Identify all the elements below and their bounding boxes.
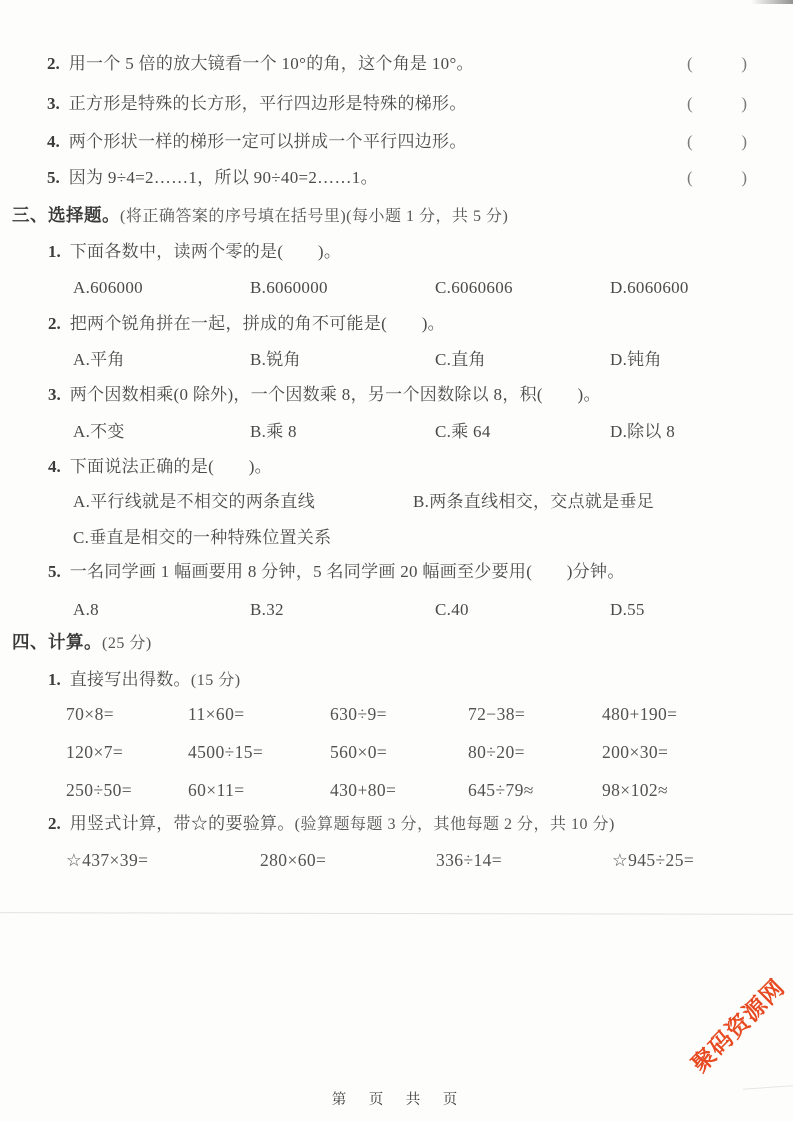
option-b: B.两条直线相交，交点就是垂足: [413, 490, 654, 514]
calc-expression-starred: ☆945÷25=: [612, 848, 694, 872]
mc-question-2-stem: 2.把两个锐角拼在一起，拼成的角不可能是( )。: [0, 312, 793, 336]
option-a: A.8: [73, 598, 99, 622]
question-number: 3.: [48, 385, 61, 404]
calc-subsection-1-header: 1.直接写出得数。(15 分): [0, 668, 793, 693]
paren-open: (: [687, 92, 693, 116]
question-stem: 下面说法正确的是( )。: [70, 457, 272, 476]
paren-close: ): [741, 92, 747, 116]
subsection-title: 直接写出得数。: [70, 670, 191, 689]
calc-expression: 645÷79≈: [468, 778, 534, 802]
option-c: C.直角: [435, 348, 486, 372]
question-number: 1.: [48, 242, 61, 261]
question-text: 因为 9÷4=2……1，所以 90÷40=2……1。: [69, 168, 378, 187]
calc-expression: 120×7=: [66, 740, 123, 764]
calc-expression: 336÷14=: [436, 848, 502, 872]
calc-expression: 60×11=: [188, 778, 245, 802]
subsection-note: (15 分): [191, 672, 241, 689]
section-4-header: 四、计算。(25 分): [0, 630, 793, 656]
option-c: C.40: [435, 598, 469, 622]
question-stem: 两个因数相乘(0 除外)，一个因数乘 8，另一个因数除以 8，积( )。: [70, 385, 601, 404]
option-a: A.平行线就是不相交的两条直线: [73, 490, 315, 514]
answer-brackets: (): [687, 92, 747, 116]
subsection-number: 2.: [48, 814, 61, 833]
option-d: D.钝角: [610, 348, 662, 372]
calc-expression: 80÷20=: [468, 740, 525, 764]
scan-artifact-line: [0, 912, 793, 915]
true-false-question-3: 3.正方形是特殊的长方形，平行四边形是特殊的梯形。 (): [0, 92, 793, 116]
calc-expression: 560×0=: [330, 740, 387, 764]
paren-close: ): [741, 130, 747, 154]
mc-question-5-stem: 5.一名同学画 1 幅画要用 8 分钟，5 名同学画 20 幅画至少要用( )分…: [0, 560, 793, 584]
calc-expression: 630÷9=: [330, 702, 387, 726]
question-text: 正方形是特殊的长方形，平行四边形是特殊的梯形。: [69, 94, 467, 113]
calc-expression: 250÷50=: [66, 778, 132, 802]
calc-expression: 4500÷15=: [188, 740, 263, 764]
answer-brackets: (): [687, 130, 747, 154]
calc-expression: 11×60=: [188, 702, 245, 726]
subsection-note: (验算题每题 3 分，其他每题 2 分，共 10 分): [295, 816, 615, 833]
calc-expression: 280×60=: [260, 848, 326, 872]
question-number: 4.: [47, 132, 60, 151]
paren-open: (: [687, 52, 693, 76]
option-d: D.除以 8: [610, 420, 675, 444]
paren-close: ): [741, 52, 747, 76]
true-false-question-4: 4.两个形状一样的梯形一定可以拼成一个平行四边形。 (): [0, 130, 793, 154]
calc-expression: 430+80=: [330, 778, 396, 802]
option-b: B.乘 8: [250, 420, 297, 444]
option-a: A.606000: [73, 276, 143, 300]
question-text: 用一个 5 倍的放大镜看一个 10°的角，这个角是 10°。: [69, 54, 474, 73]
option-c: C.6060606: [435, 276, 513, 300]
option-a: A.不变: [73, 420, 125, 444]
calc-expression: 98×102≈: [602, 778, 668, 802]
section-note: (将正确答案的序号填在括号里)(每小题 1 分，共 5 分): [120, 208, 508, 225]
section-note: (25 分): [102, 635, 152, 652]
calc-expression: 200×30=: [602, 740, 668, 764]
question-number: 2.: [48, 314, 61, 333]
calc-expression: 480+190=: [602, 702, 677, 726]
answer-brackets: (): [687, 166, 747, 190]
option-b: B.锐角: [250, 348, 301, 372]
calc-expression: 70×8=: [66, 702, 114, 726]
option-b: B.32: [250, 598, 284, 622]
mc-question-3-stem: 3.两个因数相乘(0 除外)，一个因数乘 8，另一个因数除以 8，积( )。: [0, 383, 793, 407]
subsection-number: 1.: [48, 670, 61, 689]
option-a: A.平角: [73, 348, 125, 372]
scan-corner-smudge: [751, 0, 793, 4]
question-number: 3.: [47, 94, 60, 113]
watermark-stamp: 聚码资源网: [679, 967, 793, 1082]
option-c: C.垂直是相交的一种特殊位置关系: [73, 526, 331, 550]
option-d: D.55: [610, 598, 645, 622]
question-stem: 下面各数中，读两个零的是( )。: [70, 242, 341, 261]
question-number: 2.: [47, 54, 60, 73]
calc-subsection-2-header: 2.用竖式计算，带☆的要验算。(验算题每题 3 分，其他每题 2 分，共 10 …: [0, 812, 793, 837]
subsection-title: 用竖式计算，带☆的要验算。: [70, 814, 295, 833]
section-title: 三、选择题。: [12, 205, 120, 225]
question-number: 5.: [48, 562, 61, 581]
question-stem: 一名同学画 1 幅画要用 8 分钟，5 名同学画 20 幅画至少要用( )分钟。: [70, 562, 625, 581]
option-c: C.乘 64: [435, 420, 491, 444]
question-number: 5.: [47, 168, 60, 187]
true-false-question-5: 5.因为 9÷4=2……1，所以 90÷40=2……1。 (): [0, 166, 793, 190]
question-text: 两个形状一样的梯形一定可以拼成一个平行四边形。: [69, 132, 467, 151]
section-title: 四、计算。: [12, 632, 102, 652]
option-d: D.6060600: [610, 276, 689, 300]
mc-question-1-stem: 1.下面各数中，读两个零的是( )。: [0, 240, 793, 264]
exam-paper-page: 2.用一个 5 倍的放大镜看一个 10°的角，这个角是 10°。 () 3.正方…: [0, 0, 793, 1122]
answer-brackets: (): [687, 52, 747, 76]
paren-open: (: [687, 130, 693, 154]
page-footer: 第 页 共 页: [0, 1088, 793, 1109]
calc-expression-starred: ☆437×39=: [66, 848, 148, 872]
mc-question-4-stem: 4.下面说法正确的是( )。: [0, 455, 793, 479]
question-number: 4.: [48, 457, 61, 476]
paren-close: ): [741, 166, 747, 190]
option-b: B.6060000: [250, 276, 328, 300]
calc-expression: 72−38=: [468, 702, 525, 726]
question-stem: 把两个锐角拼在一起，拼成的角不可能是( )。: [70, 314, 445, 333]
paren-open: (: [687, 166, 693, 190]
true-false-question-2: 2.用一个 5 倍的放大镜看一个 10°的角，这个角是 10°。 (): [0, 52, 793, 76]
section-3-header: 三、选择题。(将正确答案的序号填在括号里)(每小题 1 分，共 5 分): [0, 203, 793, 229]
